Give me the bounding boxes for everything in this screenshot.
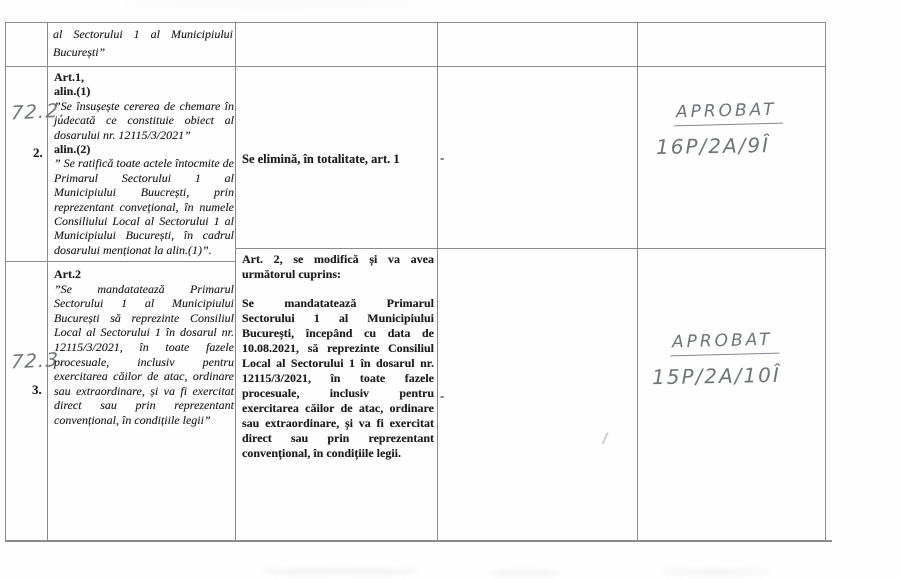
scan-smudge-1 — [260, 569, 420, 574]
row3-position-number: 3. — [32, 383, 42, 397]
table-border-bottom — [5, 540, 832, 542]
table-border-col2-col3 — [235, 22, 236, 542]
row3-column4-dash: - — [440, 388, 444, 404]
row2-initial-text-cell: Art.1, alin.(1) ”Se însușește cererea de… — [54, 70, 234, 257]
table-border-row2-row3-left — [5, 261, 236, 262]
row3-vote-tally: 15P/2A/10Î — [652, 363, 781, 389]
scan-smudge-2 — [490, 571, 560, 575]
row2-quote2: ” Se ratifică toate actele întocmite de … — [54, 156, 234, 257]
row2-paragraph1-heading: alin.(1) — [54, 84, 234, 98]
row3-amendment-body: Se mandatatează Primarul Sectorului 1 al… — [242, 296, 434, 461]
row3-approval-note: APROBAT — [670, 330, 779, 357]
row2-column4-dash: - — [440, 150, 444, 166]
row2-paragraph2-heading: alin.(2) — [54, 142, 234, 156]
table-border-col3-col4 — [437, 22, 438, 542]
row3-amendment-intro: Art. 2, se modifică și va avea următorul… — [242, 252, 434, 282]
row2-position-number: 2. — [33, 146, 43, 160]
row3-amendment-cell: Art. 2, se modifică și va avea următorul… — [242, 252, 434, 461]
table-border-col4-col5 — [637, 22, 638, 542]
table-border-top — [5, 22, 826, 23]
row2-vote-tally: 16P/2A/9Î — [656, 133, 770, 159]
row2-article-heading: Art.1, — [54, 70, 234, 84]
scan-smudge-top — [120, 2, 420, 5]
row2-amendment-cell: Se elimină, în totalitate, art. 1 — [242, 152, 432, 166]
row2-approval-note: APROBAT — [674, 100, 783, 127]
scanned-document-page: al Sectorului 1 al Municipiului Bucureșt… — [0, 0, 900, 579]
row3-article-heading: Art.2 — [54, 267, 234, 282]
continuation-initial-text: al Sectorului 1 al Municipiului Bucureșt… — [53, 26, 233, 61]
scan-smudge-3 — [660, 570, 770, 574]
table-border-left — [5, 22, 6, 542]
table-border-right — [825, 22, 826, 542]
row2-quote1: ”Se însușește cererea de chemare în jude… — [54, 99, 234, 142]
row3-initial-text-cell: Art.2 ”Se mandatatează Primarul Sectorul… — [54, 267, 234, 428]
row3-quote1: ”Se mandatatează Primarul Sectorului 1 a… — [54, 282, 234, 428]
table-border-row2-row3-right — [235, 248, 825, 249]
row3-amendment-spacer — [242, 282, 434, 296]
pen-stray-mark — [601, 432, 608, 445]
table-border-row1-row2 — [5, 66, 826, 67]
